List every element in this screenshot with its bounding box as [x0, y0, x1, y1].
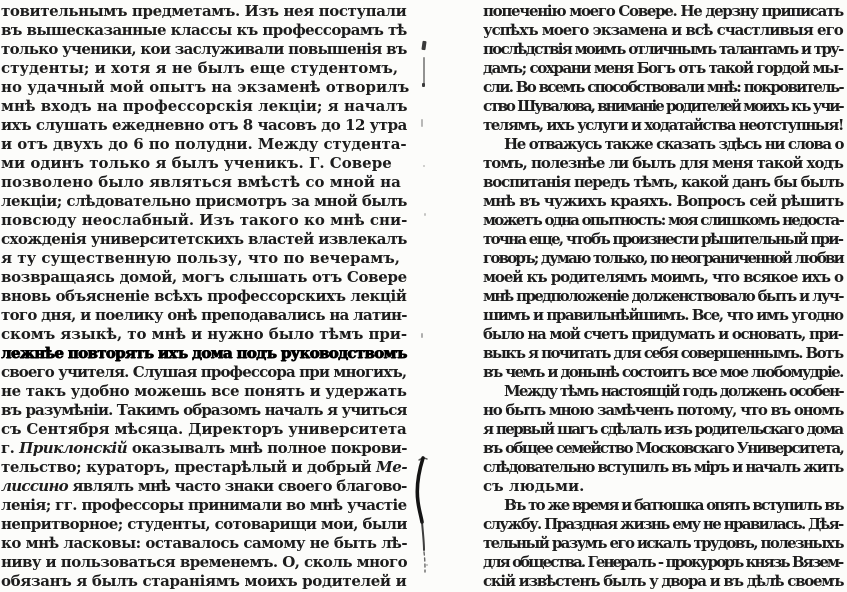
- text-line: ихъ слушать ежедневно отъ 8 часовъ до 12…: [1, 116, 409, 135]
- text-line: говоръ; думаю только, по неограниченной …: [483, 249, 845, 268]
- right-text-column: попеченію моего Совере. Не дерзну припис…: [483, 2, 845, 591]
- book-page-scan: товительнымъ предметамъ. Изъ нея поступа…: [0, 0, 847, 592]
- ink-speck: [424, 213, 426, 216]
- text-line: шимъ и правильнѣйшимъ. Все, что имъ угод…: [483, 306, 845, 325]
- text-line: повсюду неослабный. Изъ такого ко мнѣ сн…: [1, 211, 409, 230]
- text-line: успѣхъ моего экзамена и всѣ счастливыя е…: [483, 21, 845, 40]
- text-line: было на мой счетъ придумать и основать, …: [483, 325, 845, 344]
- text-line: позволено было являться вмѣстѣ со мной н…: [1, 173, 409, 192]
- text-line: съ людьми.: [483, 477, 845, 496]
- text-line: службу. Праздная жизнь ему не нравилась.…: [483, 515, 845, 534]
- gutter-crease-mark: [405, 448, 439, 580]
- text-line: можетъ одна опытность: моя слишкомъ недо…: [483, 211, 845, 230]
- text-line: того дня, и поелику онѣ преподавались на…: [1, 306, 409, 325]
- text-line: ленія; гг. профессоры принимали во мнѣ у…: [1, 496, 409, 515]
- ink-speck: [422, 83, 425, 87]
- text-line: я первый шагъ сдѣлалъ изъ родительскаго …: [483, 420, 845, 439]
- text-line: точна еще, чтобъ произнести рѣшительный …: [483, 230, 845, 249]
- text-line: скомъ языкѣ, то мнѣ и нужно было тѣмъ пр…: [1, 325, 409, 344]
- text-line: мнѣ предположеніе долженствовало быть и …: [483, 287, 845, 306]
- text-line: въ чемъ и донынѣ состоитъ все мое любому…: [483, 363, 845, 382]
- text-line: въ вышесказанные классы къ профессорамъ …: [1, 21, 409, 40]
- text-line: и отъ двухъ до 6 по полудни. Между студе…: [1, 135, 409, 154]
- text-line: но быть мною замѣченъ потому, что въ оно…: [483, 401, 845, 420]
- text-line: непритворное; студенты, сотоварищи мои, …: [1, 515, 409, 534]
- text-line: лежнѣе повторять ихъ дома подъ руководст…: [1, 344, 409, 363]
- text-line: дамъ; сохрани меня Богъ отъ такой гордой…: [483, 59, 845, 78]
- text-line: попеченію моего Совере. Не дерзну припис…: [483, 2, 845, 21]
- text-line: воспитанія передъ тѣмъ, какой данъ бы бы…: [483, 173, 845, 192]
- left-text-column: товительнымъ предметамъ. Изъ нея поступа…: [1, 2, 409, 591]
- text-line: Не отважусь также сказать здѣсь ни слова…: [483, 135, 845, 154]
- text-line: Между тѣмъ настоящій годъ долженъ особен…: [483, 382, 845, 401]
- text-line: ство Шувалова, вниманіе родителей моихъ …: [483, 97, 845, 116]
- text-line: скій извѣстенъ былъ у двора и въ дѣлѣ св…: [483, 572, 845, 591]
- text-line: Въ то же время и батюшка опять вступилъ …: [483, 496, 845, 515]
- text-line: для общества. Генералъ - прокуроръ князь…: [483, 553, 845, 572]
- text-line: въ общее семейство Московскаго Университ…: [483, 439, 845, 458]
- text-line: мнѣ въ чужихъ краяхъ. Вопросъ сей рѣшить: [483, 192, 845, 211]
- text-line: товительнымъ предметамъ. Изъ нея поступа…: [1, 2, 409, 21]
- text-line: вновь объясненіе всѣхъ профессорскихъ ле…: [1, 287, 409, 306]
- text-line: студенты; и хотя я не былъ еще студентом…: [1, 59, 409, 78]
- text-line: выкъ я почитать для себя совершеннымъ. В…: [483, 344, 845, 363]
- text-line: тельный разумъ его искалъ трудовъ, полез…: [483, 534, 845, 553]
- ink-speck: [421, 333, 423, 338]
- ink-speck: [423, 165, 425, 167]
- text-line: только ученики, кои заслуживали повышені…: [1, 40, 409, 59]
- text-line: лекціи; слѣдовательно присмотръ за мной …: [1, 192, 409, 211]
- ink-speck: [421, 119, 423, 127]
- text-line: телямъ, ихъ услуги и ходатайства неотсту…: [483, 116, 845, 135]
- text-line: слѣдовательно вступилъ въ міръ и началъ …: [483, 458, 845, 477]
- text-line: г. Приклонскій оказывалъ мнѣ полное покр…: [1, 439, 409, 458]
- text-line: въ разумѣніи. Такимъ образомъ началъ я у…: [1, 401, 409, 420]
- text-line: обязанъ я былъ стараніямъ моихъ родителе…: [1, 572, 409, 591]
- ink-speck: [421, 41, 426, 50]
- text-line: ко мнѣ ласковы: оставалось самому не быт…: [1, 534, 409, 553]
- text-line: схожденія университетскихъ властей извле…: [1, 230, 409, 249]
- text-line: тельство; кураторъ, престарѣлый и добрый…: [1, 458, 409, 477]
- text-line: но удачный мой опытъ на экзаменѣ отворил…: [1, 78, 409, 97]
- text-line: мнѣ входъ на профессорскія лекціи; я нач…: [1, 97, 409, 116]
- text-line: возвращаясь домой, могъ слышать отъ Сове…: [1, 268, 409, 287]
- gutter-scratch-mark: [423, 57, 425, 84]
- text-line: своего учителя. Слушая профессора при мн…: [1, 363, 409, 382]
- text-line: моей къ родителямъ моимъ, что всякое ихъ…: [483, 268, 845, 287]
- text-line: не такъ удобно можешь все понять и удерж…: [1, 382, 409, 401]
- text-line: послѣдствія моимъ отличнымъ талантамъ и …: [483, 40, 845, 59]
- text-line: съ Сентября мѣсяца. Директоръ университе…: [1, 420, 409, 439]
- text-line: лиссино являлъ мнѣ часто знаки своего бл…: [1, 477, 409, 496]
- text-line: сли. Во всемъ способствовали мнѣ: покров…: [483, 78, 845, 97]
- text-line: я ту существенную пользу, что по вечерам…: [1, 249, 409, 268]
- text-line: томъ, полезнѣе ли былъ для меня такой хо…: [483, 154, 845, 173]
- text-line: ниву и пользоваться временемъ. О, сколь …: [1, 553, 409, 572]
- text-line: ми одинъ только я былъ ученикъ. Г. Совер…: [1, 154, 409, 173]
